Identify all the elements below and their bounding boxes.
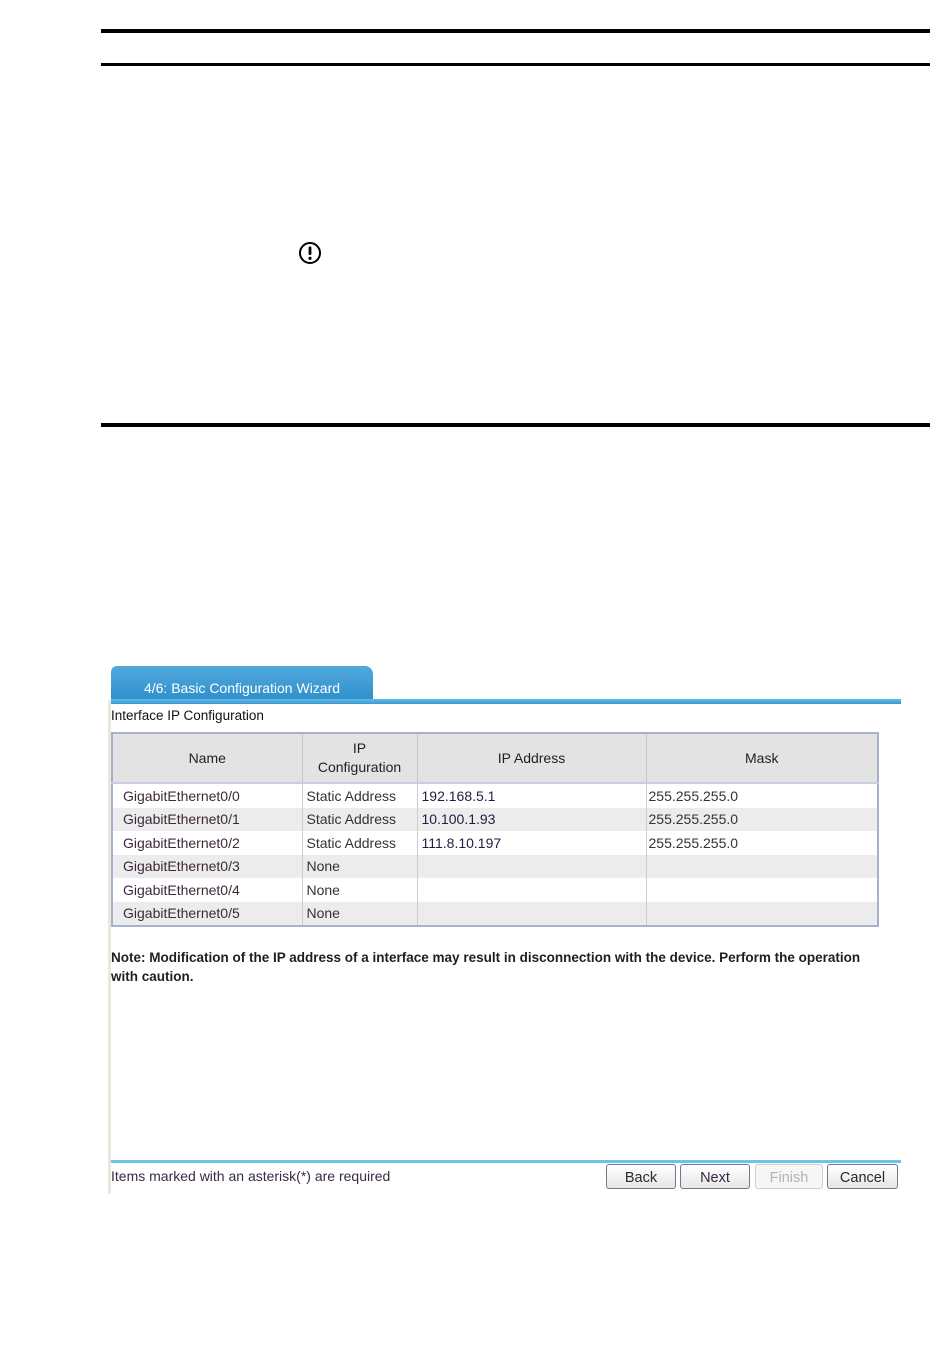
cell-mask: 255.255.255.0: [646, 831, 878, 855]
cell-name: GigabitEthernet0/4: [112, 878, 302, 902]
cell-mask: [646, 902, 878, 927]
cancel-button[interactable]: Cancel: [827, 1164, 898, 1189]
column-header-ip-configuration: IP Configuration: [302, 733, 417, 783]
cell-name: GigabitEthernet0/3: [112, 855, 302, 879]
cell-mask: [646, 855, 878, 879]
cell-ip-address: [417, 902, 646, 927]
column-header-mask: Mask: [646, 733, 878, 783]
column-header-name: Name: [112, 733, 302, 783]
cell-ip-address: [417, 878, 646, 902]
exclamation-circle-icon: [298, 241, 322, 265]
cell-ip-config: Static Address: [302, 783, 417, 808]
header-line: Configuration: [304, 758, 416, 777]
cell-ip-address: 192.168.5.1: [417, 783, 646, 808]
wizard-footer-bar: [111, 1160, 901, 1163]
cell-name: GigabitEthernet0/1: [112, 808, 302, 832]
cell-mask: 255.255.255.0: [646, 808, 878, 832]
back-button[interactable]: Back: [606, 1164, 676, 1189]
cell-ip-config: None: [302, 878, 417, 902]
wizard-step-tab[interactable]: 4/6: Basic Configuration Wizard: [111, 666, 373, 701]
cell-ip-config: None: [302, 902, 417, 927]
cell-mask: [646, 878, 878, 902]
cell-ip-address: [417, 855, 646, 879]
interface-ip-table: Name IP Configuration IP Address Mask Gi…: [111, 732, 879, 927]
table-row: GigabitEthernet0/2 Static Address 111.8.…: [112, 831, 878, 855]
cell-ip-address: 10.100.1.93: [417, 808, 646, 832]
cell-name: GigabitEthernet0/2: [112, 831, 302, 855]
cell-name: GigabitEthernet0/5: [112, 902, 302, 927]
cell-name: GigabitEthernet0/0: [112, 783, 302, 808]
cell-mask: 255.255.255.0: [646, 783, 878, 808]
notice-header-rule: [101, 63, 930, 66]
section-title: Interface IP Configuration: [111, 708, 264, 723]
wizard-screenshot: 4/6: Basic Configuration Wizard Interfac…: [108, 664, 901, 1194]
finish-button[interactable]: Finish: [755, 1164, 823, 1189]
table-row: GigabitEthernet0/1 Static Address 10.100…: [112, 808, 878, 832]
table-header-row: Name IP Configuration IP Address Mask: [112, 733, 878, 783]
header-line: IP: [304, 739, 416, 758]
table-row: GigabitEthernet0/3 None: [112, 855, 878, 879]
notice-bottom-rule: [101, 423, 930, 427]
next-button[interactable]: Next: [680, 1164, 750, 1189]
cell-ip-config: None: [302, 855, 417, 879]
cell-ip-config: Static Address: [302, 831, 417, 855]
required-fields-note: Items marked with an asterisk(*) are req…: [111, 1168, 390, 1184]
table-row: GigabitEthernet0/0 Static Address 192.16…: [112, 783, 878, 808]
caution-note: Note: Modification of the IP address of …: [111, 948, 871, 986]
wizard-tab-bar: [111, 699, 901, 704]
table-row: GigabitEthernet0/5 None: [112, 902, 878, 927]
table-row: GigabitEthernet0/4 None: [112, 878, 878, 902]
cell-ip-address: 111.8.10.197: [417, 831, 646, 855]
column-header-ip-address: IP Address: [417, 733, 646, 783]
notice-top-rule: [101, 29, 930, 33]
cell-ip-config: Static Address: [302, 808, 417, 832]
